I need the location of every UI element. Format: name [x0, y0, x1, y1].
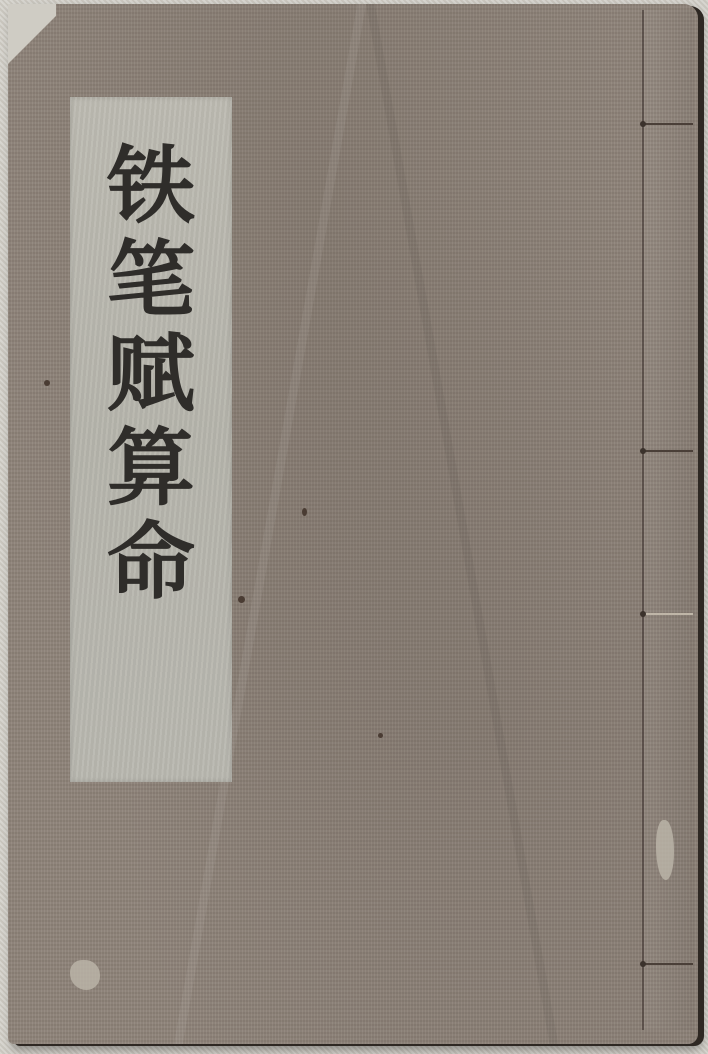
title-char: 赋: [107, 327, 195, 421]
title-char: 命: [107, 515, 195, 609]
stain-spot: [238, 596, 245, 603]
paper-patch: [656, 820, 674, 880]
binding-stitch: [643, 123, 693, 125]
binding-stitch: [643, 963, 693, 965]
stain-spot: [302, 508, 307, 516]
book-title: 铁 笔 赋 算 命: [70, 139, 232, 609]
binding-stitch: [643, 613, 693, 615]
binding-stitch: [643, 450, 693, 452]
title-slip: 铁 笔 赋 算 命: [70, 97, 232, 782]
title-char: 铁: [107, 139, 195, 233]
paper-patch: [70, 960, 100, 990]
worn-corner: [8, 4, 56, 64]
stain-spot: [44, 380, 50, 386]
title-char: 笔: [107, 233, 195, 327]
stain-spot: [378, 733, 383, 738]
title-char: 算: [107, 421, 195, 515]
